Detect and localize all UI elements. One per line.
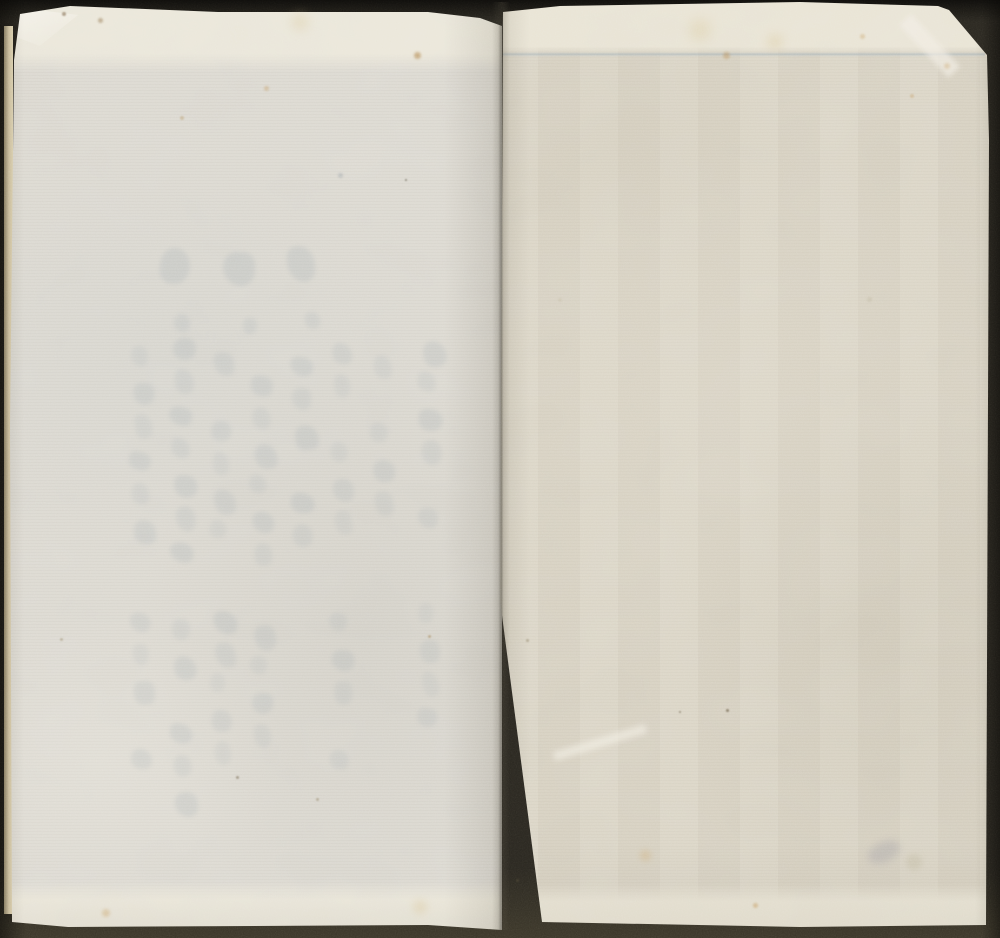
right-page-blank-recto <box>500 0 989 932</box>
stain-mark <box>516 879 519 882</box>
book-scan <box>0 0 1000 938</box>
right-page-top-edge-strip <box>500 0 989 54</box>
right-page-mottle-overlay <box>500 0 989 932</box>
left-page-corner-fold-highlight <box>12 8 78 46</box>
left-page-top-edge-strip <box>8 6 502 72</box>
left-page-bottom-edge-strip <box>8 882 502 930</box>
right-page-corner-fold-highlight <box>899 14 960 78</box>
right-page-bottom-edge-strip <box>500 884 989 932</box>
top-strip-watermark-line <box>502 52 985 57</box>
right-page-crease-highlight <box>553 724 647 761</box>
left-page-mottle-overlay <box>8 6 502 930</box>
left-page-blank-verso <box>8 6 502 930</box>
